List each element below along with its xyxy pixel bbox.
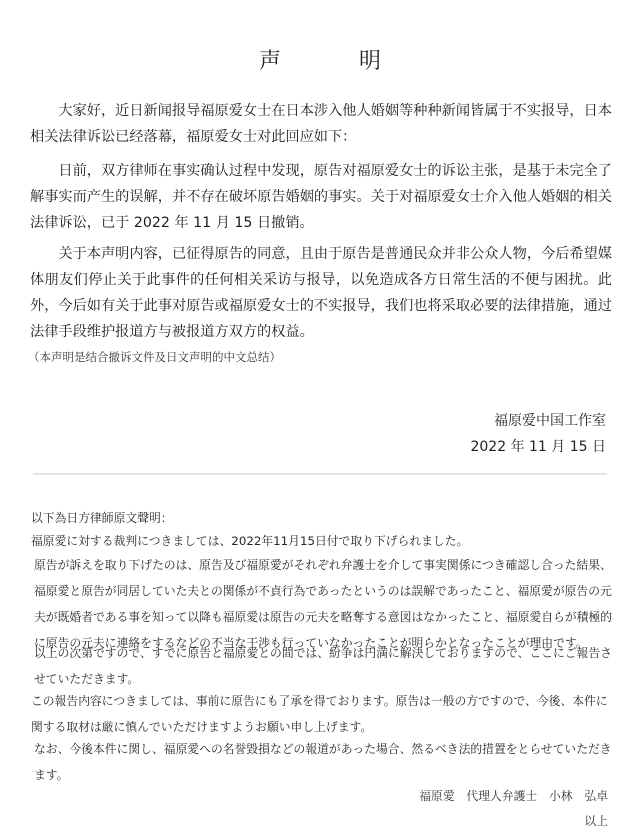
chinese-paragraph-intro: 大家好，近日新闻报导福原爱女士在日本涉入他人婚姻等种种新闻皆属于不实报导，日本相… <box>30 98 612 150</box>
section-divider <box>33 473 607 475</box>
signature-organization: 福原爱中国工作室 <box>494 410 606 430</box>
paragraph-text: 福原愛に対する裁判につきましては、2022年11月15日付で取り下げられました。 <box>31 528 611 554</box>
japanese-paragraph-5: なお、今後本件に関し、福原愛への名誉毀損などの報道があった場合、然るべき法的措置… <box>34 736 614 788</box>
closing-mark: 以上 <box>584 812 608 829</box>
japanese-paragraph-3: 以上の次第ですので、すでに原告と福原愛との間では、紛争は円満に解決しておりますの… <box>34 640 614 692</box>
document-title: 声 明 <box>0 44 640 75</box>
chinese-paragraph-media-request: 关于本声明内容，已征得原告的同意，且由于原告是普通民众并非公众人物，今后希望媒体… <box>30 241 612 345</box>
japanese-paragraph-1: 福原愛に対する裁判につきましては、2022年11月15日付で取り下げられました。 <box>31 528 611 554</box>
chinese-paragraph-lawsuit-withdrawn: 日前，双方律师在事实确认过程中发现，原告对福原爱女士的诉讼主张，是基于未完全了解… <box>30 158 612 236</box>
paragraph-text: 日前，双方律师在事实确认过程中发现，原告对福原爱女士的诉讼主张，是基于未完全了解… <box>30 158 612 236</box>
paragraph-text: 关于本声明内容，已征得原告的同意，且由于原告是普通民众并非公众人物，今后希望媒体… <box>30 241 612 345</box>
signature-date: 2022 年 11 月 15 日 <box>470 436 606 456</box>
japanese-paragraph-4: この報告内容につきましては、事前に原告にも了承を得ております。原告は一般の方です… <box>31 688 611 740</box>
paragraph-text: 大家好，近日新闻报导福原爱女士在日本涉入他人婚姻等种种新闻皆属于不实报导，日本相… <box>30 98 612 150</box>
paragraph-text: この報告内容につきましては、事前に原告にも了承を得ております。原告は一般の方です… <box>31 688 611 740</box>
paragraph-text: 以上の次第ですので、すでに原告と福原愛との間では、紛争は円満に解決しておりますの… <box>34 640 614 692</box>
statement-document: 声 明 大家好，近日新闻报导福原爱女士在日本涉入他人婚姻等种种新闻皆属于不实报导… <box>0 0 640 832</box>
summary-note: （本声明是结合撤诉文件及日文声明的中文总结） <box>28 349 281 365</box>
lawyer-signature: 福原愛 代理人弁護士 小林 弘卓 <box>419 787 608 804</box>
paragraph-text: なお、今後本件に関し、福原愛への名誉毀損などの報道があった場合、然るべき法的措置… <box>34 736 614 788</box>
